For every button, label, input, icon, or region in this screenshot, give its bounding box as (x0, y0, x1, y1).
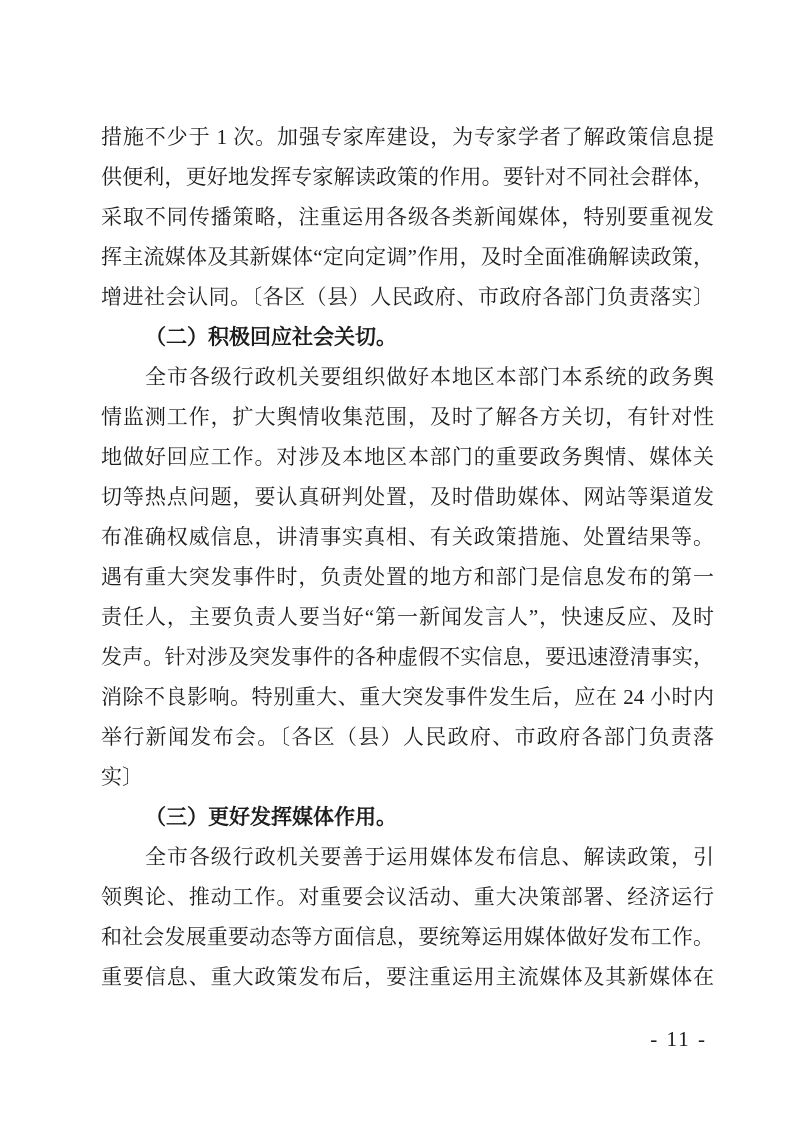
section-heading: （三）更好发挥媒体作用。 (101, 797, 714, 837)
document-content: 措施不少于 1 次。加强专家库建设，为专家学者了解政策信息提供便利，更好地发挥专… (101, 117, 714, 997)
text-line: 领舆论、推动工作。对重要会议活动、重大决策部署、经济运行 (101, 877, 714, 917)
text-line: 消除不良影响。特别重大、重大突发事件发生后，应在 24 小时内 (101, 677, 714, 717)
page-number: - 11 - (650, 1024, 707, 1054)
text-line: 情监测工作，扩大舆情收集范围，及时了解各方关切，有针对性 (101, 397, 714, 437)
text-line: 举行新闻发布会。〔各区（县）人民政府、市政府各部门负责落 (101, 717, 714, 757)
text-line: 增进社会认同。〔各区（县）人民政府、市政府各部门负责落实〕 (101, 277, 714, 317)
text-line: 发声。针对涉及突发事件的各种虚假不实信息，要迅速澄清事实， (101, 637, 714, 677)
text-line: 和社会发展重要动态等方面信息，要统筹运用媒体做好发布工作。 (101, 917, 714, 957)
section-heading: （二）积极回应社会关切。 (101, 317, 714, 357)
text-line: 全市各级行政机关要组织做好本地区本部门本系统的政务舆 (101, 357, 714, 397)
text-line: 挥主流媒体及其新媒体“定向定调”作用，及时全面准确解读政策， (101, 237, 714, 277)
text-line: 全市各级行政机关要善于运用媒体发布信息、解读政策，引 (101, 837, 714, 877)
text-line: 实〕 (101, 757, 714, 797)
text-line: 供便利，更好地发挥专家解读政策的作用。要针对不同社会群体， (101, 157, 714, 197)
text-line: 地做好回应工作。对涉及本地区本部门的重要政务舆情、媒体关 (101, 437, 714, 477)
text-line: 措施不少于 1 次。加强专家库建设，为专家学者了解政策信息提 (101, 117, 714, 157)
document-page: 措施不少于 1 次。加强专家库建设，为专家学者了解政策信息提供便利，更好地发挥专… (0, 0, 793, 1121)
text-line: 重要信息、重大政策发布后，要注重运用主流媒体及其新媒体在 (101, 957, 714, 997)
text-line: 遇有重大突发事件时，负责处置的地方和部门是信息发布的第一 (101, 557, 714, 597)
text-line: 采取不同传播策略，注重运用各级各类新闻媒体，特别要重视发 (101, 197, 714, 237)
text-line: 责任人，主要负责人要当好“第一新闻发言人”，快速反应、及时 (101, 597, 714, 637)
text-line: 布准确权威信息，讲清事实真相、有关政策措施、处置结果等。 (101, 517, 714, 557)
text-line: 切等热点问题，要认真研判处置，及时借助媒体、网站等渠道发 (101, 477, 714, 517)
